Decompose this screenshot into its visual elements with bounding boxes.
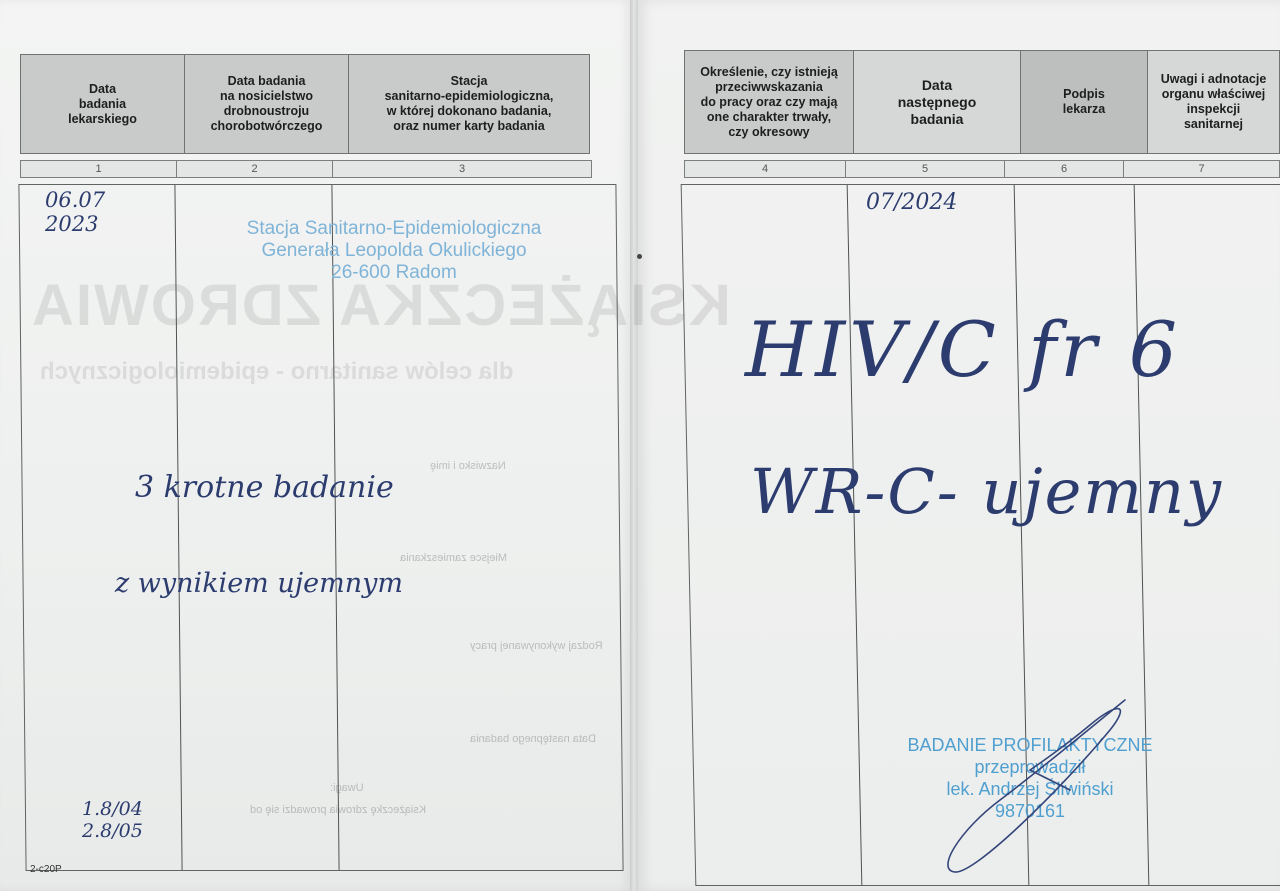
header-col-7: Uwagi i adnotacje organu właściwej inspe… xyxy=(1148,51,1280,154)
handwritten-note-line-2: z wynikiem ujemnym xyxy=(115,568,403,599)
col-number-7: 7 xyxy=(1124,161,1280,178)
form-code: 2-c20P xyxy=(30,864,62,875)
col-number-2: 2 xyxy=(177,161,333,178)
header-col-5: Data następnego badania xyxy=(854,51,1021,154)
handwritten-note-line-1: 3 krotne badanie xyxy=(135,470,394,505)
left-header-table: Data badania lekarskiego Data badania na… xyxy=(20,54,590,154)
handwritten-result-line-1: HIV/C fr 6 xyxy=(745,305,1181,394)
binding-stitch xyxy=(637,254,642,259)
col-number-1: 1 xyxy=(21,161,177,178)
grid-divider xyxy=(174,185,182,870)
header-col-6: Podpis lekarza xyxy=(1021,51,1148,154)
col-number-4: 4 xyxy=(685,161,846,178)
right-header-table: Określenie, czy istnieją przeciwwskazani… xyxy=(684,50,1280,154)
header-col-1: Data badania lekarskiego xyxy=(21,55,185,154)
doctor-stamp: BADANIE PROFILAKTYCZNE przeprowadził lek… xyxy=(860,734,1200,822)
col-number-5: 5 xyxy=(846,161,1005,178)
grid-divider xyxy=(331,185,339,870)
header-col-4: Określenie, czy istnieją przeciwwskazani… xyxy=(685,51,854,154)
next-exam-date: 07/2024 xyxy=(866,190,957,215)
left-column-numbers: 1 2 3 xyxy=(20,160,592,178)
col-number-6: 6 xyxy=(1005,161,1124,178)
col-number-3: 3 xyxy=(333,161,592,178)
book-gutter xyxy=(630,0,638,891)
right-column-numbers: 4 5 6 7 xyxy=(684,160,1280,178)
left-body-grid xyxy=(18,184,623,871)
header-col-2: Data badania na nosicielstwo drobnoustro… xyxy=(185,55,349,154)
station-stamp: Stacja Sanitarno-Epidemiologiczna Genera… xyxy=(214,218,574,284)
exam-date: 06.07 2023 xyxy=(45,188,105,236)
handwritten-result-line-2: WR-C- ujemny xyxy=(750,455,1223,528)
bottom-note: 1.8/04 2.8/05 xyxy=(82,798,143,842)
header-col-3: Stacja sanitarno-epidemiologiczna, w któ… xyxy=(349,55,590,154)
